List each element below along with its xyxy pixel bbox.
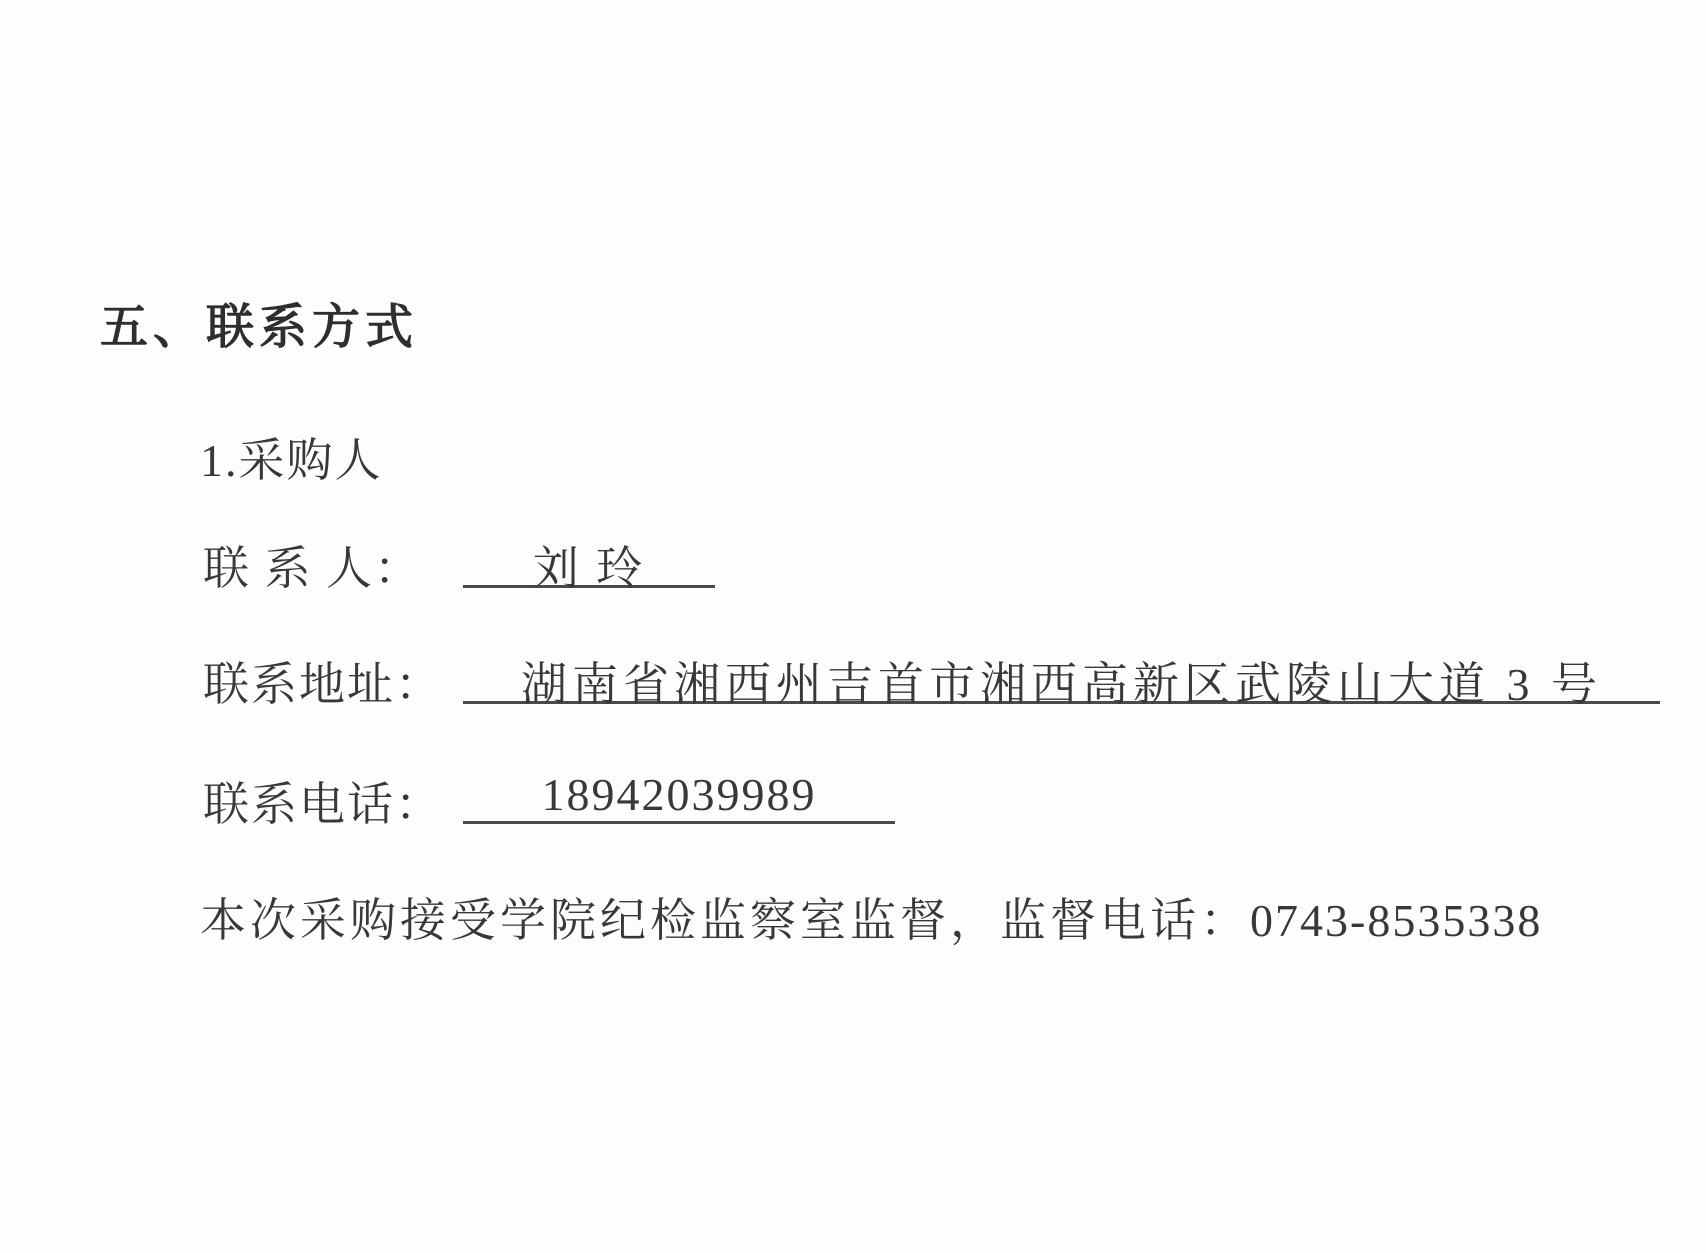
supervision-line: 本次采购接受学院纪检监察室监督，监督电话：0743-8535338 (200, 884, 1542, 950)
contact-person-label: 联 系 人： (203, 532, 422, 598)
contact-address-label: 联系地址： (203, 648, 443, 714)
contact-phone-value: 18942039989 (463, 768, 895, 824)
contact-address-row: 联系地址： 湖南省湘西州吉首市湘西高新区武陵山大道 3 号 (0, 648, 1706, 708)
contact-address-value: 湖南省湘西州吉首市湘西高新区武陵山大道 3 号 (463, 648, 1660, 704)
contact-person-value: 刘 玲 (463, 532, 715, 588)
section-heading: 五、联系方式 (100, 288, 418, 357)
contact-phone-label: 联系电话： (203, 768, 443, 834)
supervision-phone-number: 0743-8535338 (1250, 895, 1542, 946)
scanned-document-page: 五、联系方式 1.采购人 联 系 人： 刘 玲 联系地址： 湖南省湘西州吉首市湘… (0, 0, 1706, 1253)
contact-person-row: 联 系 人： 刘 玲 (0, 532, 1706, 592)
contact-phone-row: 联系电话： 18942039989 (0, 768, 1706, 828)
supervision-note-text: 本次采购接受学院纪检监察室监督，监督电话： (200, 895, 1250, 946)
subsection-heading: 1.采购人 (200, 424, 383, 490)
